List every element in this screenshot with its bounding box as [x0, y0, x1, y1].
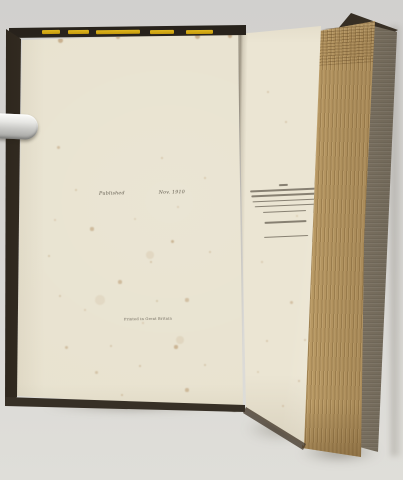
plastic-page-clip: [0, 113, 39, 140]
publication-date: Nov. 1910: [159, 190, 185, 196]
printed-text-line: [264, 220, 306, 223]
foxing-spot: [174, 345, 177, 348]
foxing-spot: [171, 240, 174, 243]
foxing-spot: [65, 346, 68, 349]
foxing-spot: [95, 295, 105, 305]
yellow-top-stain-patch: [96, 29, 140, 34]
foxing-spot: [54, 219, 56, 221]
foxing-spot: [146, 251, 154, 259]
printed-text-line: [263, 210, 306, 213]
illegible-text-block: [250, 183, 319, 239]
open-book-photograph: Published Nov. 1910 Printed in Great Bri…: [0, 0, 403, 480]
printed-text-line: [251, 193, 316, 197]
foxing-spot: [90, 227, 93, 230]
foxing-spot: [57, 146, 60, 149]
foxing-spot: [176, 336, 184, 344]
foxing-spot: [95, 371, 98, 374]
yellow-top-stain-patch: [150, 29, 174, 33]
printed-text-line: [250, 188, 317, 192]
foxing-spot: [142, 322, 144, 324]
foxing-spot: [290, 301, 293, 304]
printed-text-line: [254, 204, 314, 208]
foxing-spot: [185, 388, 189, 392]
foxing-spot: [177, 206, 179, 208]
printed-text-line: [253, 198, 316, 202]
yellow-top-stain-patch: [42, 29, 60, 33]
printed-text-line: [279, 184, 288, 186]
yellow-top-stain-patch: [186, 29, 213, 33]
published-label: Published: [99, 191, 125, 197]
foxing-spot: [134, 218, 136, 220]
foxing-spot: [185, 298, 188, 301]
yellow-top-stain-patch: [68, 29, 89, 33]
foxing-spot: [58, 38, 63, 43]
foxing-spot: [118, 280, 122, 284]
